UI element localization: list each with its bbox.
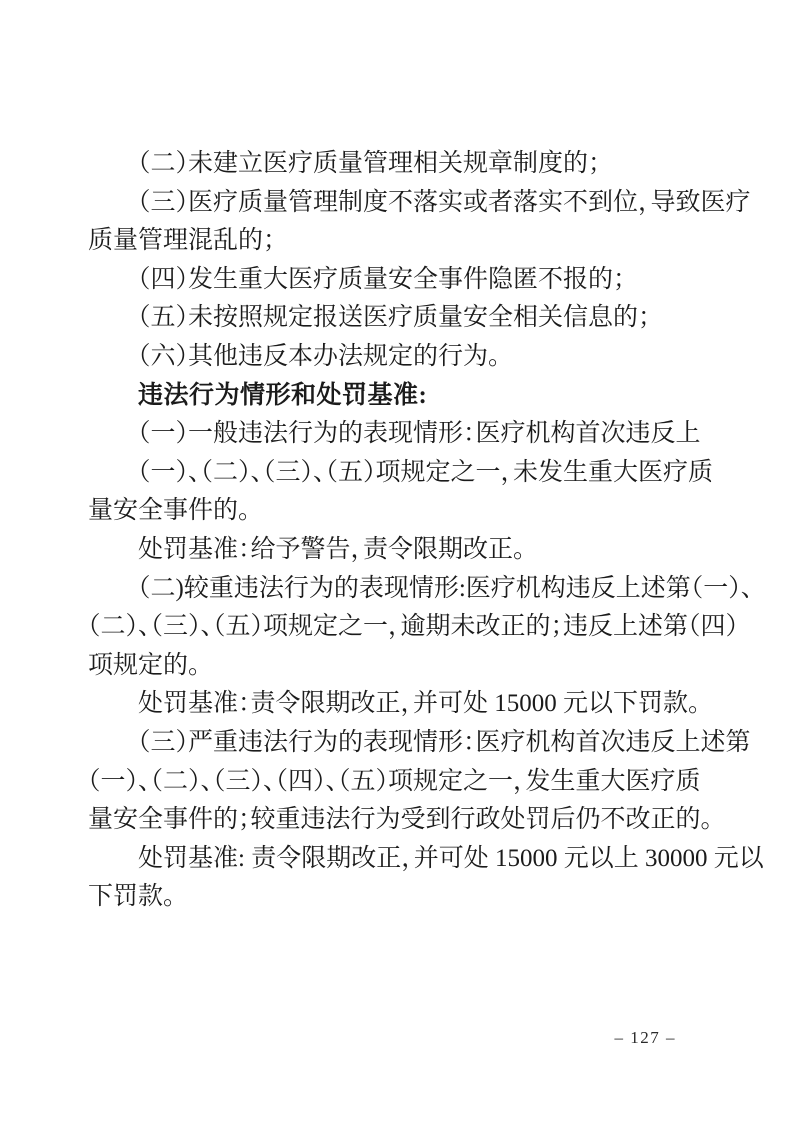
text-line: 量安全事件的；较重违法行为受到行政处罚后仍不改正的。: [88, 801, 774, 840]
text-line: （四）发生重大医疗质量安全事件隐匿不报的；: [88, 261, 774, 300]
text-line: 处罚基准: 责令限期改正，并可处 15000 元以上 30000 元以: [88, 840, 774, 879]
text-line: 处罚基准：给予警告，责令限期改正。: [88, 531, 774, 570]
text-line: （六）其他违反本办法规定的行为。: [88, 338, 774, 377]
text-line: （一）一般违法行为的表现情形：医疗机构首次违反上: [88, 415, 774, 454]
text-line: （一）、（二）、（三）、（五）项规定之一，未发生重大医疗质: [88, 454, 774, 493]
text-line: （二)较重违法行为的表现情形:医疗机构违反上述第（一）、: [88, 570, 774, 609]
document-page: （二）未建立医疗质量管理相关规章制度的；（三）医疗质量管理制度不落实或者落实不到…: [0, 0, 794, 1122]
text-line: （二）、（三）、（五）项规定之一，逾期未改正的；违反上述第（四）: [88, 608, 774, 647]
text-line: （三）严重违法行为的表现情形：医疗机构首次违反上述第: [88, 724, 774, 763]
text-line: （一）、（二）、（三）、（四）、（五）项规定之一，发生重大医疗质: [88, 763, 774, 802]
document-body: （二）未建立医疗质量管理相关规章制度的；（三）医疗质量管理制度不落实或者落实不到…: [88, 145, 774, 917]
text-line: 处罚基准：责令限期改正，并可处 15000 元以下罚款。: [88, 685, 774, 724]
text-line: 下罚款。: [88, 878, 774, 917]
text-line: （二）未建立医疗质量管理相关规章制度的；: [88, 145, 774, 184]
text-line: 项规定的。: [88, 647, 774, 686]
text-line: 质量管理混乱的；: [88, 222, 774, 261]
text-line: （三）医疗质量管理制度不落实或者落实不到位，导致医疗: [88, 184, 774, 223]
text-line: （五）未按照规定报送医疗质量安全相关信息的；: [88, 299, 774, 338]
text-line: 违法行为情形和处罚基准:: [88, 377, 774, 416]
text-line: 量安全事件的。: [88, 492, 774, 531]
page-number: – 127 –: [615, 1028, 677, 1048]
